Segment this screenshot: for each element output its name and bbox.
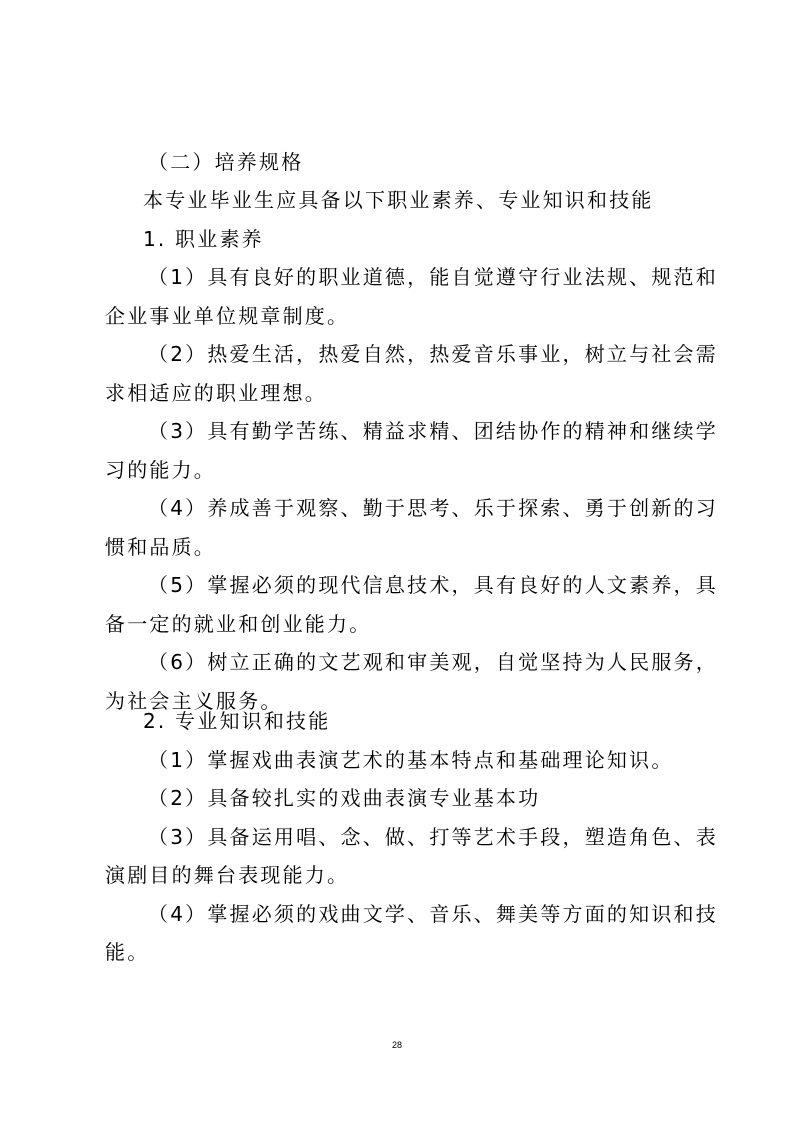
text-line: （4）养成善于观察、勤于思考、乐于探索、勇于创新的习 — [148, 496, 718, 520]
text-line: 1. 职业素养 — [143, 227, 264, 251]
text-line: 备一定的就业和创业能力。 — [105, 612, 371, 636]
text-line: （2）热爱生活，热爱自然，热爱音乐事业，树立与社会需 — [148, 342, 718, 366]
text-line: 能。 — [105, 940, 149, 964]
page-number: 28 — [0, 1040, 794, 1050]
text-line: 演剧目的舞台表现能力。 — [105, 863, 349, 887]
text-line: （4）掌握必须的戏曲文学、音乐、舞美等方面的知识和技 — [148, 902, 718, 926]
text-line: 企业事业单位规章制度。 — [105, 304, 349, 328]
text-line: 习的能力。 — [105, 458, 216, 482]
text-line: 2. 专业知识和技能 — [143, 709, 330, 733]
text-line: （1）掌握戏曲表演艺术的基本特点和基础理论知识。 — [148, 748, 674, 772]
text-line: （二）培养规格 — [148, 150, 303, 174]
text-line: （5）掌握必须的现代信息技术，具有良好的人文素养，具 — [148, 573, 718, 597]
text-line: （1）具有良好的职业道德，能自觉遵守行业法规、规范和 — [148, 265, 718, 289]
text-line: 惯和品质。 — [105, 535, 216, 559]
text-line: 求相适应的职业理想。 — [105, 381, 327, 405]
text-line: （3）具备运用唱、念、做、打等艺术手段，塑造角色、表 — [148, 825, 718, 849]
text-line: （2）具备较扎实的戏曲表演专业基本功 — [148, 786, 540, 810]
text-line: （3）具有勤学苦练、精益求精、团结协作的精神和继续学 — [148, 419, 718, 443]
text-line: 本专业毕业生应具备以下职业素养、专业知识和技能 — [143, 188, 654, 212]
text-line: （6）树立正确的文艺观和审美观，自觉坚持为人民服务， — [148, 650, 718, 674]
